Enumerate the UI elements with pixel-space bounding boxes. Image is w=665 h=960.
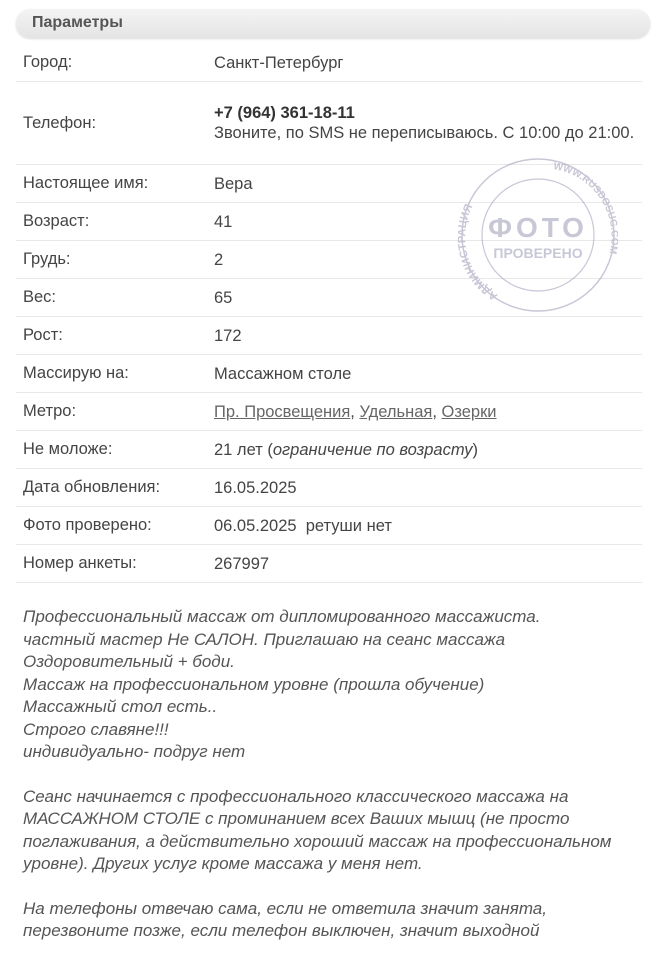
param-label: Массирую на: (16, 364, 214, 383)
param-label: Вес: (16, 288, 214, 307)
param-value: Вера (214, 166, 642, 202)
param-label: Грудь: (16, 250, 214, 269)
param-label: Фото проверено: (16, 516, 214, 535)
age-restriction-note: ограничение по возрасту (273, 441, 473, 459)
param-value: 21 лет ( (214, 441, 273, 459)
profile-description: Профессиональный массаж от дипломированн… (23, 606, 643, 960)
description-paragraph: На телефоны отвечаю сама, если не ответи… (23, 898, 643, 943)
metro-link-udelnaya[interactable]: Удельная (359, 403, 432, 421)
param-label: Метро: (16, 402, 214, 421)
param-value: 41 (214, 204, 642, 240)
section-title: Параметры (32, 14, 123, 32)
param-value: Массажном столе (214, 356, 642, 392)
params-table: Город: Санкт-Петербург Телефон: +7 (964)… (16, 44, 642, 583)
section-header: Параметры (16, 9, 650, 38)
param-label: Возраст: (16, 212, 214, 231)
description-paragraph: Профессиональный массаж от дипломированн… (23, 606, 643, 764)
param-row-metro: Метро: Пр. Просвещения, Удельная, Озерки (16, 393, 642, 431)
param-value: 16.05.2025 (214, 470, 642, 506)
param-value: Санкт-Петербург (214, 45, 642, 81)
phone-note: Звоните, по SMS не переписываюсь. С 10:0… (214, 123, 642, 143)
param-row-real-name: Настоящее имя: Вера (16, 165, 642, 203)
param-row-city: Город: Санкт-Петербург (16, 44, 642, 82)
param-row-profile-number: Номер анкеты: 267997 (16, 545, 642, 583)
param-label: Настоящее имя: (16, 174, 214, 193)
param-row-updated: Дата обновления: 16.05.2025 (16, 469, 642, 507)
param-label: Не моложе: (16, 440, 214, 459)
param-value: 65 (214, 280, 642, 316)
phone-number-link[interactable]: +7 (964) 361-18-11 (214, 103, 642, 123)
param-label: Город: (16, 53, 214, 72)
param-row-weight: Вес: 65 (16, 279, 642, 317)
metro-link-prosvescheniya[interactable]: Пр. Просвещения (214, 403, 350, 421)
param-row-massage-on: Массирую на: Массажном столе (16, 355, 642, 393)
param-label: Телефон: (16, 114, 214, 133)
param-row-photo-checked: Фото проверено: 06.05.2025 ретуши нет (16, 507, 642, 545)
param-row-phone: Телефон: +7 (964) 361-18-11 Звоните, по … (16, 82, 642, 165)
param-value: 172 (214, 318, 642, 354)
param-label: Дата обновления: (16, 478, 214, 497)
param-value: 267997 (214, 546, 642, 582)
param-row-height: Рост: 172 (16, 317, 642, 355)
param-row-breast: Грудь: 2 (16, 241, 642, 279)
param-value: 2 (214, 242, 642, 278)
metro-link-ozerki[interactable]: Озерки (442, 403, 497, 421)
param-value: 06.05.2025 ретуши нет (214, 508, 642, 544)
description-paragraph: Сеанс начинается с профессионального кла… (23, 786, 643, 876)
param-row-age: Возраст: 41 (16, 203, 642, 241)
param-row-min-age: Не моложе: 21 лет (ограничение по возрас… (16, 431, 642, 469)
param-label: Номер анкеты: (16, 554, 214, 573)
param-label: Рост: (16, 326, 214, 345)
